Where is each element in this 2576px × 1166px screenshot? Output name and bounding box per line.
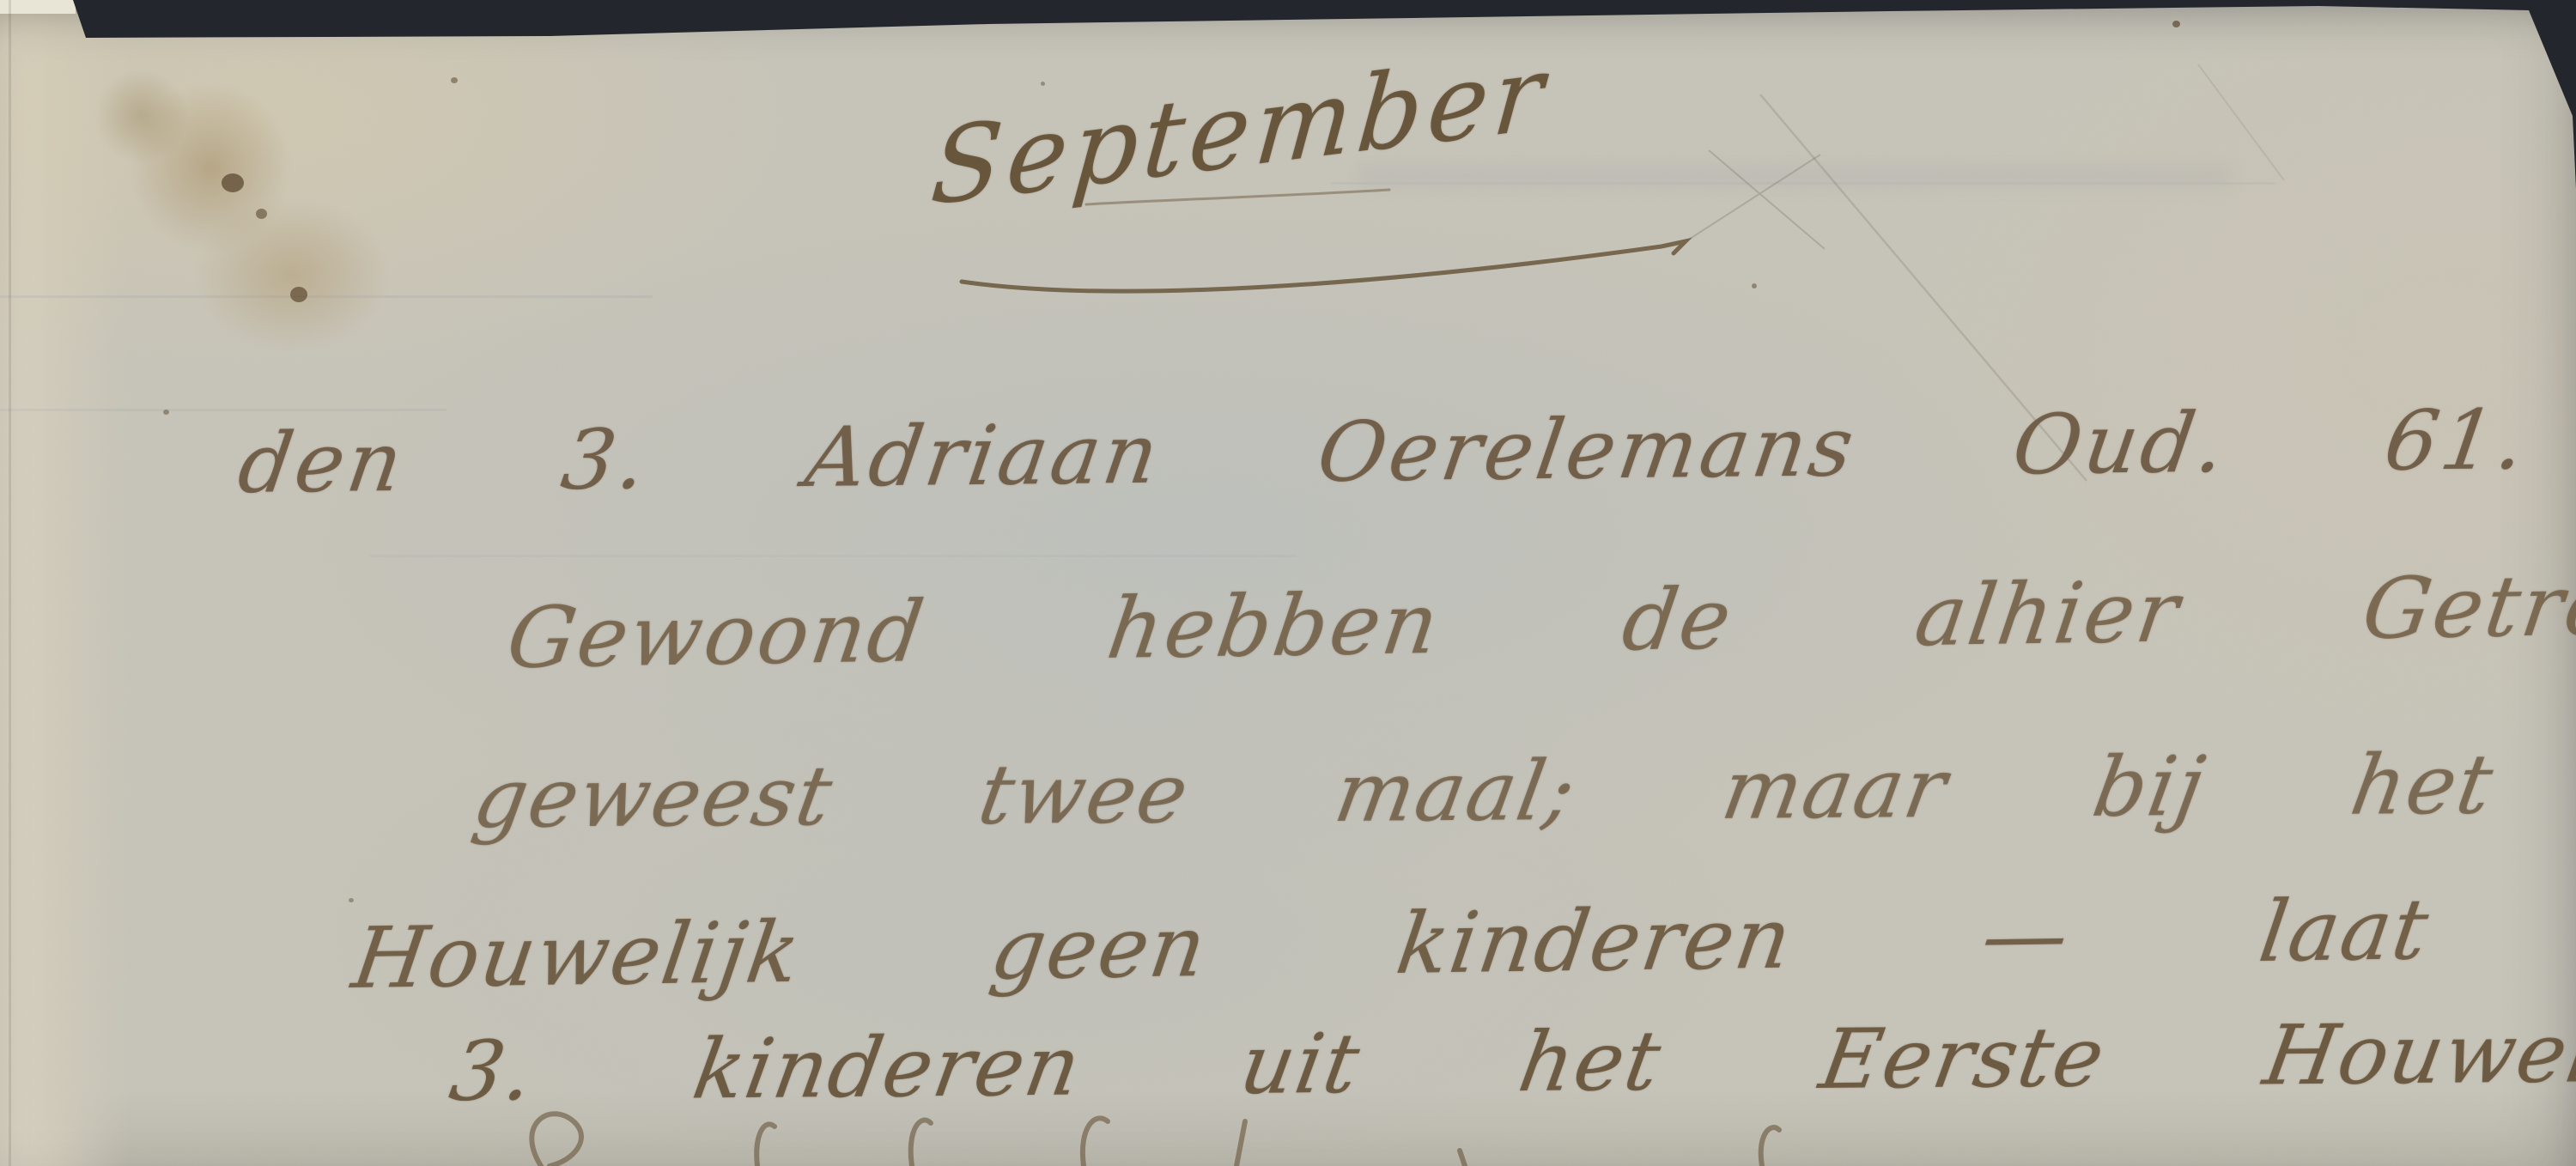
ink-speck (349, 898, 354, 902)
page-title-september: September (927, 41, 1552, 222)
scanned-register-page: September den 3. Adriaan Oerelemans Oud.… (0, 0, 2576, 1166)
entry-line-1: den 3. Adriaan Oerelemans Oud. 61. Jaar (234, 395, 2576, 505)
entry-line-4: Houwelijk geen kinderen — laat naar (348, 883, 2576, 1001)
diagonal-crease (2198, 64, 2284, 180)
paper-crease-line (0, 409, 447, 411)
stain-blob (94, 69, 189, 163)
stain-blob (129, 82, 292, 253)
entry-line-3: geweest twee maal; maar bij het laaste (468, 740, 2576, 840)
ink-speck (1752, 283, 1757, 288)
ink-speck (256, 209, 267, 219)
stain-blob (193, 197, 391, 352)
ink-speck (2172, 21, 2180, 27)
paper-edge-sliver (0, 0, 76, 14)
ink-speck (163, 410, 169, 415)
cutoff-bottom-line-strokes (532, 1114, 1779, 1166)
paper-crease-line (0, 295, 653, 298)
ink-speck (290, 287, 307, 302)
ink-speck (1041, 82, 1045, 86)
entry-line-2: Gewoond hebben de alhier Getrouwd (502, 561, 2576, 681)
ink-speck (451, 77, 458, 83)
entry-line-5: 3. kinderen uit het Eerste Houwelijk (445, 1011, 2576, 1113)
paper-crease-line (369, 555, 1297, 557)
ink-speck (222, 173, 244, 192)
paper-sheet: September den 3. Adriaan Oerelemans Oud.… (0, 0, 2576, 1166)
left-fold-crease (9, 0, 11, 1166)
ink-bleedthrough-smear (1357, 165, 2233, 187)
title-underline-flourish (962, 241, 1686, 291)
